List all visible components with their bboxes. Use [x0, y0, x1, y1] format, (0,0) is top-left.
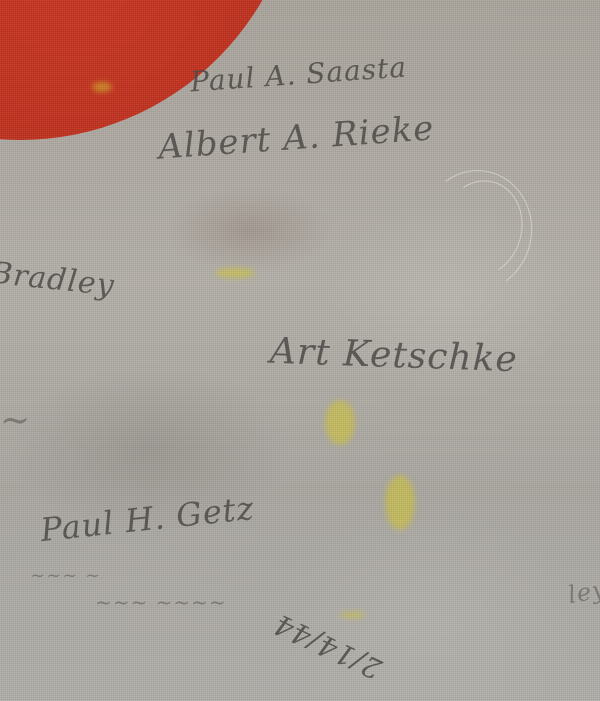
- signature-bradley: Bradley: [0, 256, 116, 304]
- flag-photo: Paul A. Saasta Albert A. Rieke Bradley A…: [0, 0, 600, 701]
- signature-albert-rieke: Albert A. Rieke: [157, 108, 436, 167]
- yellow-stain: [340, 612, 365, 618]
- signature-note-line-1: ~~~ ~: [30, 565, 101, 586]
- signature-paul-h-getz: Paul H. Getz: [39, 489, 256, 549]
- date-inscription: 2/14/44: [268, 607, 386, 685]
- signature-art-ketschke: Art Ketschke: [269, 331, 518, 381]
- yellow-stain: [92, 82, 112, 92]
- signature-fragment-right: ley: [566, 575, 600, 609]
- signature-fragment-left: ~: [0, 400, 31, 441]
- yellow-stain: [215, 268, 255, 278]
- signature-note-line-2: ~~~ ~~~~: [95, 590, 227, 614]
- signature-paul-a-saasta: Paul A. Saasta: [189, 50, 408, 98]
- yellow-stain: [385, 475, 415, 530]
- yellow-stain: [325, 400, 355, 445]
